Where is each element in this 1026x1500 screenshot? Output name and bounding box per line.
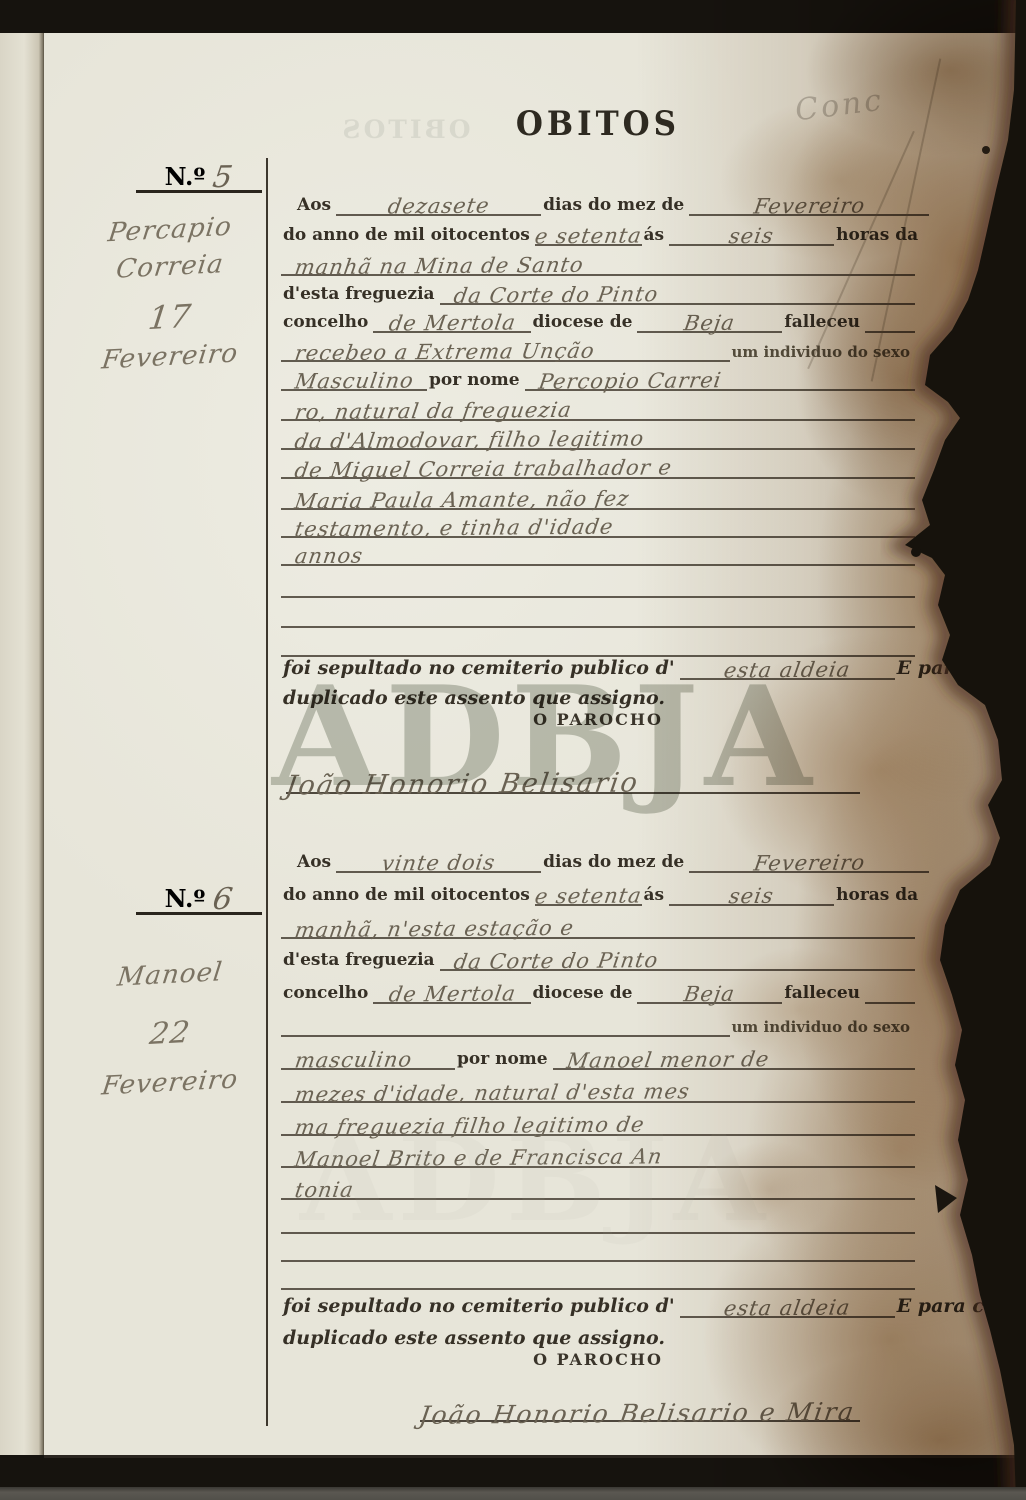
label-freguezia: d'esta freguezia — [281, 951, 440, 971]
record-2-row-line4: Manoel Brito e de Francisca An — [281, 1138, 915, 1168]
record-1-row-line6: testamento, e tinha d'idade — [281, 508, 915, 538]
number-label: N.º — [165, 886, 206, 912]
record-2-row-county: concelho de Mertola diocese de Beja fall… — [281, 974, 915, 1004]
fill-falleceu — [865, 1002, 915, 1004]
label-horas: horas da — [834, 886, 923, 906]
label-duplicado: duplicado este assento que assigno. — [281, 1328, 670, 1350]
record-1-parocho-label: O PAROCHO — [281, 710, 915, 729]
label-aos: Aos — [295, 853, 336, 873]
fill-county: de Mertola — [373, 984, 530, 1004]
label-sepultado: foi sepultado no cemiterio publico d' — [281, 1296, 680, 1318]
fill-hour: seis — [669, 886, 834, 906]
label-diocese: diocese de — [531, 313, 638, 333]
record-1-blank-line — [281, 568, 915, 598]
scanner-bed-strip — [0, 1487, 1026, 1500]
label-concelho: concelho — [281, 313, 373, 333]
label-constar: E para constar lavrei em — [895, 1296, 1026, 1318]
record-2-row-individuo: um individuo do sexo — [281, 1007, 915, 1037]
previous-page-stub — [0, 33, 44, 1455]
number-value: 6 — [211, 885, 236, 915]
record-2-row-duplicate: duplicado este assento que assigno. — [281, 1320, 915, 1350]
record-2-parocho-label: O PAROCHO — [281, 1350, 915, 1369]
record-1-number: N.º 5 — [136, 158, 262, 193]
record-1-row-line3: da d'Almodovar, filho legitimo — [281, 420, 915, 450]
record-1-row-line4: de Miguel Correia trabalhador e — [281, 449, 915, 479]
record-2-row-date: Aos vinte dois dias do mez de Fevereiro — [281, 843, 929, 873]
label-horas: horas da — [834, 226, 923, 246]
label-anno: do anno de mil oitocentos — [281, 226, 535, 246]
number-value: 5 — [211, 163, 236, 193]
label-concelho: concelho — [281, 984, 373, 1004]
label-as: ás — [642, 226, 670, 246]
record-2-number: N.º 6 — [136, 880, 262, 915]
label-individuo: um individuo do sexo — [730, 1019, 915, 1038]
fill-diocese: Beja — [637, 984, 782, 1004]
record-1-row-line5: Maria Paula Amante, não fez — [281, 480, 915, 510]
record-2-row-line1: manhã, n'esta estação e — [281, 909, 915, 939]
record-1-row-year: do anno de mil oitocentos e setenta ás s… — [281, 216, 915, 246]
label-duplicado: duplicado este assento que assigno. — [281, 688, 670, 710]
fill-diocese: Beja — [637, 313, 782, 333]
fill-burial-place: esta aldeia — [680, 1298, 895, 1318]
fill-burial-place: esta aldeia — [680, 660, 895, 680]
record-2-row-year: do anno de mil oitocentos e setenta ás s… — [281, 876, 915, 906]
label-falleceu: falleceu — [782, 984, 865, 1004]
fill-days: dezasete — [336, 196, 541, 216]
label-por-nome: por nome — [427, 371, 525, 391]
record-1-row-county: concelho de Mertola diocese de Beja fall… — [281, 303, 915, 333]
label-individuo: um individuo do sexo — [730, 344, 915, 363]
record-2-row-line2: mezes d'idade, natural d'esta mes — [281, 1073, 915, 1103]
fill-line: manhã na Mina de Santo — [281, 256, 915, 276]
fill-hour: seis — [669, 226, 834, 246]
record-2-row-parish: d'esta freguezia da Corte do Pinto — [281, 941, 915, 971]
number-label: N.º — [165, 164, 206, 190]
label-sepultado: foi sepultado no cemiterio publico d' — [281, 658, 680, 680]
record-1-row-burial: foi sepultado no cemiterio publico d' es… — [281, 650, 915, 680]
record-1-row-line2: ro, natural da freguezia — [281, 391, 915, 421]
label-anno: do anno de mil oitocentos — [281, 886, 535, 906]
label-por-nome: por nome — [455, 1050, 553, 1070]
record-1-row-duplicate: duplicado este assento que assigno. — [281, 680, 915, 710]
record-1-row-date: Aos dezasete dias do mez de Fevereiro — [281, 186, 929, 216]
record-2-blank-line — [281, 1232, 915, 1262]
label-aos: Aos — [295, 196, 336, 216]
record-2-row-line5: tonia — [281, 1170, 915, 1200]
record-1-row-name: Masculino por nome Percopio Carrei — [281, 361, 915, 391]
record-1-blank-line — [281, 598, 915, 628]
record-2-blank-line — [281, 1260, 915, 1290]
label-dias: dias do mez de — [541, 853, 689, 873]
record-2-row-name: masculino por nome Manoel menor de — [281, 1040, 915, 1070]
label-constar: E para constar lavrei em — [895, 658, 1026, 680]
fill-month: Fevereiro — [689, 196, 929, 216]
fill-name: Percopio Carrei — [525, 371, 915, 391]
fill-year: e setenta — [535, 886, 642, 906]
fill-county: de Mertola — [373, 313, 530, 333]
fill-month: Fevereiro — [689, 853, 929, 873]
fill-sex: Masculino — [281, 371, 427, 391]
fill-sex: masculino — [281, 1050, 455, 1070]
record-1-row-parish: d'esta freguezia da Corte do Pinto — [281, 275, 915, 305]
fill-parish: da Corte do Pinto — [440, 951, 915, 971]
record-2-blank-line — [281, 1204, 915, 1234]
record-1-row-line1: manhã na Mina de Santo — [281, 246, 915, 276]
archive-scan: { "scan": { "title": "OBITOS", "title_sh… — [0, 0, 1026, 1500]
record-1-signature: João Honorio Belisario — [286, 756, 860, 794]
record-1-row-sacrament: recebeo a Extrema Unção um individuo do … — [281, 332, 915, 362]
fill-year: e setenta — [535, 226, 642, 246]
fill-days: vinte dois — [336, 853, 541, 873]
fill-name: Manoel menor de — [553, 1050, 915, 1070]
record-2-signature: João Honorio Belisario e Mira — [420, 1384, 860, 1422]
record-2-row-burial: foi sepultado no cemiterio publico d' es… — [281, 1288, 915, 1318]
fill-sacrament: recebeo a Extrema Unção — [281, 342, 730, 362]
label-as: ás — [642, 886, 670, 906]
label-diocese: diocese de — [531, 984, 638, 1004]
record-1-row-line7: annos — [281, 536, 915, 566]
record-2-row-line3: ma freguezia filho legitimo de — [281, 1106, 915, 1136]
label-dias: dias do mez de — [541, 196, 689, 216]
